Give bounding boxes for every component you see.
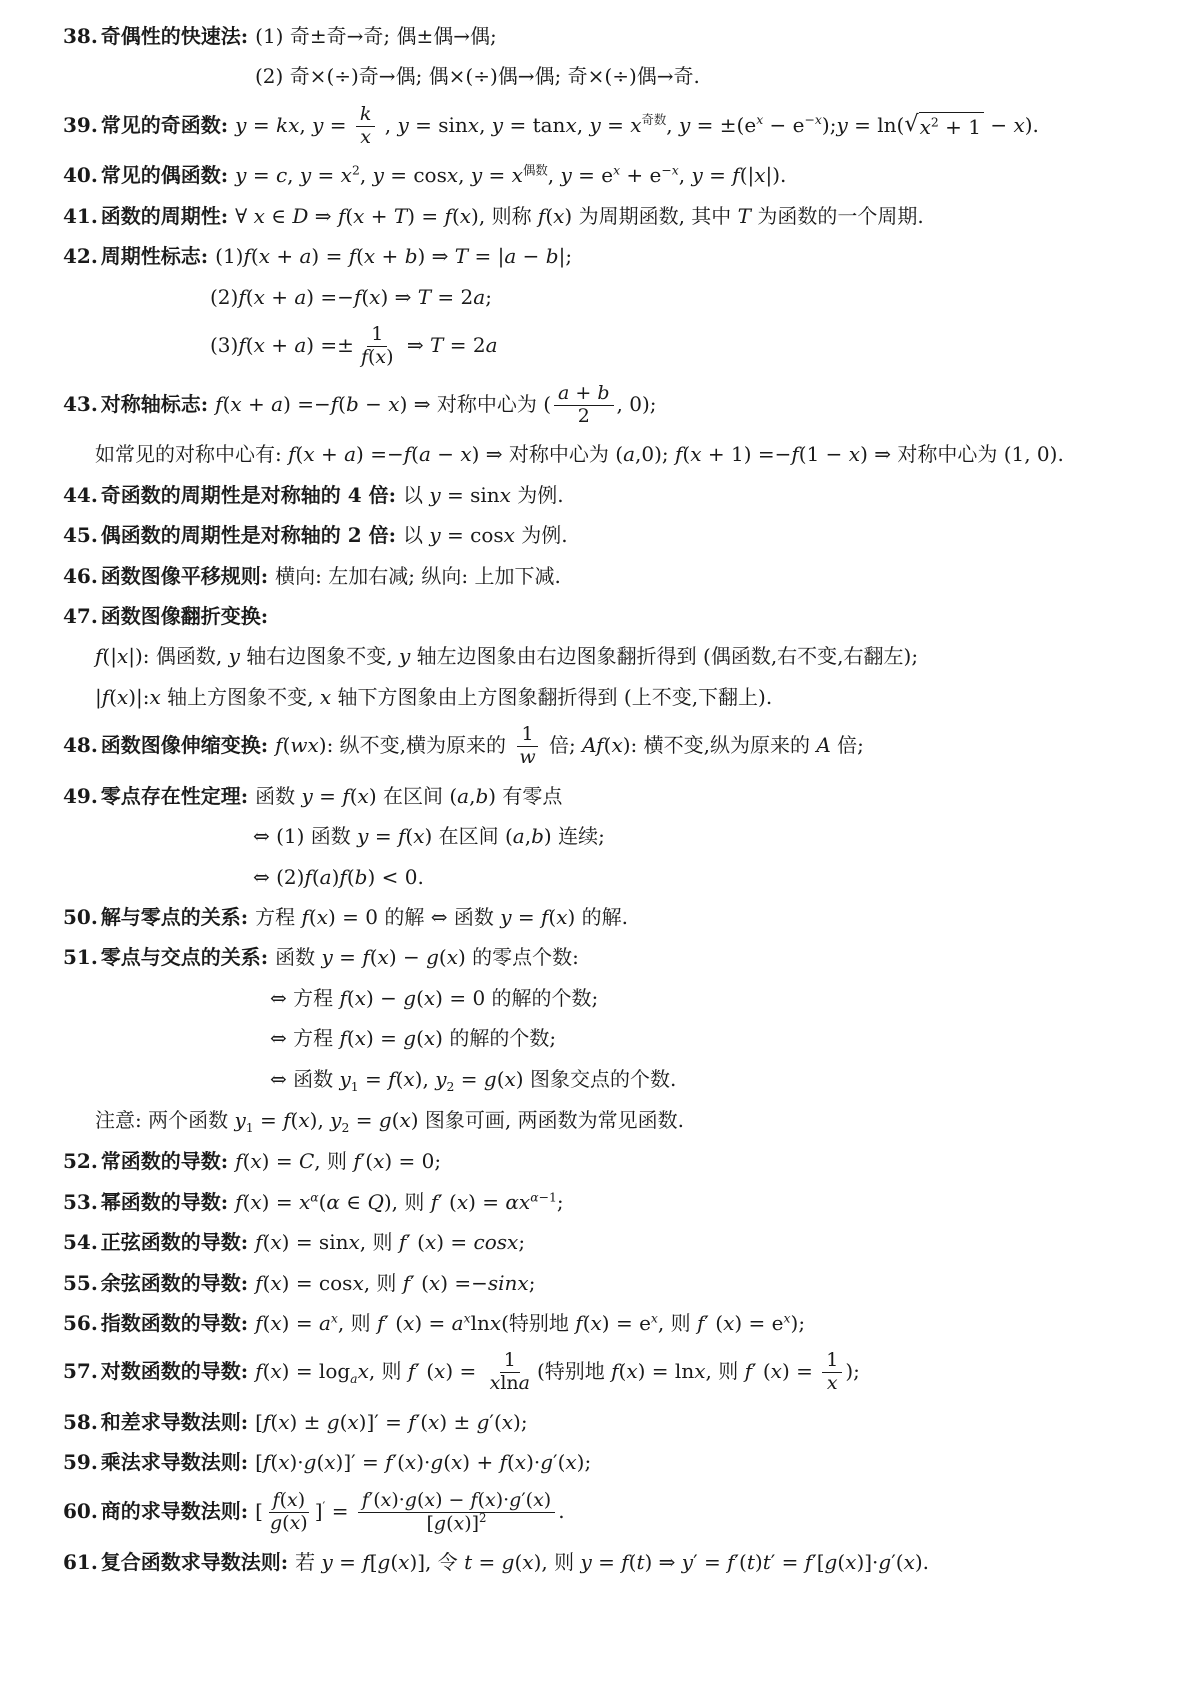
text-run: 常见的偶函数: [101, 163, 235, 187]
superscript: x [331, 1310, 338, 1325]
text-run: f [342, 784, 349, 808]
text-run: x [512, 163, 523, 187]
text-run: ) = sin [282, 1230, 349, 1254]
text-run: ( [347, 865, 355, 889]
item-number: 57. [63, 1359, 98, 1383]
text-run: sinx [488, 1271, 529, 1295]
text-run: x [373, 1149, 384, 1173]
text-run: = [512, 905, 541, 929]
text-run: x [553, 204, 564, 228]
text-run: x [784, 1310, 791, 1325]
text-run: = [333, 1550, 362, 1574]
text-run: f [238, 285, 245, 309]
text-run: , 则 [705, 1359, 744, 1383]
text-run: = cos [384, 163, 447, 187]
text-run: = [325, 1499, 354, 1523]
text-run: x [375, 346, 386, 368]
superscript: 2 [479, 1511, 487, 1525]
text-run: + [265, 285, 294, 309]
formula-item: 47.函数图像翻折变换:f(|x|): 偶函数, y 轴右边图象不变, y 轴左… [63, 598, 1156, 715]
text-run: b [405, 244, 418, 268]
text-run: ′[ [812, 1550, 824, 1574]
text-run: ) = 0 的解 ⇔ 函数 [328, 905, 500, 929]
text-run: kx [276, 113, 299, 137]
text-run: 指数函数的导数: [101, 1311, 255, 1335]
text-run: g [327, 1410, 340, 1434]
fraction-numerator: 1 [517, 724, 537, 747]
text-run: y [560, 163, 571, 187]
formula-item: 43.对称轴标志: f(x + a) =−f(b − x) ⇒ 对称中心为 (a… [63, 378, 1156, 473]
text-run: ), 则 [534, 1550, 581, 1574]
formula-item: 52.常函数的导数: f(x) = C, 则 f′(x) = 0; [63, 1143, 1156, 1179]
text-run: ⇒ [401, 333, 430, 357]
fraction: 1xlna [486, 1350, 534, 1395]
item-number: 46. [63, 564, 98, 588]
text-run: x [460, 204, 471, 228]
text-run: x [369, 285, 380, 309]
text-run: − [805, 112, 815, 127]
text-run: ) − [389, 945, 426, 969]
text-run: y [500, 905, 511, 929]
text-run: = [472, 1550, 501, 1574]
fraction-denominator: 2 [574, 406, 594, 428]
text-run: ( [478, 1489, 485, 1511]
text-run: ( [280, 1489, 287, 1511]
text-run: a [473, 285, 485, 309]
text-run: t [464, 1550, 472, 1574]
superscript: 2 [352, 163, 360, 178]
text-run: y [322, 1550, 333, 1574]
text-run: ⇔ (2) [253, 865, 304, 889]
text-run: ′ ( [410, 1271, 429, 1295]
text-run: x [405, 1450, 416, 1474]
text-run: ); [791, 1311, 806, 1335]
text-run: [ [426, 1512, 433, 1534]
text-run: x [591, 1311, 602, 1335]
text-run: x [348, 1230, 359, 1254]
text-run: = [246, 163, 275, 187]
text-run: x [505, 1067, 516, 1091]
text-run: x [259, 244, 270, 268]
text-run: ′( [553, 1450, 565, 1474]
text-run: g [403, 986, 416, 1010]
text-run: , 则 [658, 1311, 697, 1335]
fraction-denominator: x [356, 127, 375, 149]
text-run: − [661, 163, 671, 178]
text-run: c [276, 163, 287, 187]
fraction: f(x)g(x) [266, 1490, 312, 1535]
formula-item: 59.乘法求导数法则: [f(x)·g(x)]′ = f′(x)·g(x) + … [63, 1444, 1156, 1480]
item-number: 52. [63, 1149, 98, 1173]
text-run: )], 令 [409, 1550, 464, 1574]
text-run: , [577, 113, 590, 137]
text-run: ′ ( [752, 1359, 771, 1383]
fraction-denominator: g(x) [266, 1513, 312, 1535]
text-run: ( [345, 204, 353, 228]
text-run: −1 [539, 1189, 557, 1204]
text-run: 偶函数的周期性是对称轴的 2 倍: [101, 523, 403, 547]
text-run: k [360, 103, 372, 125]
formula-line: 56.指数函数的导数: f(x) = ax, 则 f′ (x) = axlnx(… [63, 1305, 1156, 1341]
text-run: g [304, 1450, 317, 1474]
text-run: x [849, 442, 860, 466]
formula-line: 52.常函数的导数: f(x) = C, 则 f′(x) = 0; [63, 1143, 1156, 1179]
text-run: y [580, 1550, 591, 1574]
text-run: ( [583, 1311, 591, 1335]
text-run: f [732, 163, 739, 187]
text-run: y [229, 644, 240, 668]
text-run: = [246, 113, 275, 137]
text-run: ) 图象交点的个数. [516, 1067, 677, 1091]
text-run: x [424, 1489, 435, 1511]
text-run: f [500, 1450, 507, 1474]
text-run: x [254, 285, 265, 309]
text-run: ) =− [283, 392, 331, 416]
text-run: x [522, 1550, 533, 1574]
formula-line: (3)f(x + a) =±1f(x) ⇒ T = 2a [63, 319, 1156, 374]
text-run: f [727, 1550, 734, 1574]
text-run: 1 [521, 723, 533, 745]
formula-line: 45.偶函数的周期性是对称轴的 2 倍: 以 y = cosx 为例. [63, 517, 1156, 553]
formula-line: 46.函数图像平移规则: 横向: 左加右减; 纵向: 上加下减. [63, 558, 1156, 594]
text-run: x [815, 112, 822, 127]
text-run: y [302, 784, 313, 808]
text-run: a [299, 244, 311, 268]
text-run: ); [577, 1450, 592, 1474]
text-run: a [452, 1311, 464, 1335]
text-run: ) 有零点 [488, 784, 562, 808]
text-run: 正弦函数的导数: [101, 1230, 255, 1254]
fraction-denominator: x [823, 1373, 842, 1395]
text-run: y [399, 644, 410, 668]
text-run: x [502, 1410, 513, 1434]
text-run: Af [582, 733, 604, 757]
item-number: 38. [63, 24, 98, 48]
text-run: , [548, 163, 561, 187]
item-number: 51. [63, 945, 98, 969]
item-number: 53. [63, 1190, 98, 1214]
formula-line: |f(x)|:x 轴上方图象不变, x 轴下方图象由上方图象翻折得到 (上不变,… [63, 679, 1156, 715]
formula-item: 54.正弦函数的导数: f(x) = sinx, 则 f′ (x) = cosx… [63, 1224, 1156, 1260]
text-run: 2 [931, 114, 939, 129]
formula-line: 48.函数图像伸缩变换: f(wx): 纵不变,横为原来的 1w 倍; Af(x… [63, 719, 1156, 774]
text-run: x [298, 1108, 309, 1132]
text-run: )]′ = [336, 1450, 386, 1474]
text-run: x [355, 1026, 366, 1050]
text-run: ) ± [289, 1410, 326, 1434]
formula-item: 55.余弦函数的导数: f(x) = cosx, 则 f′ (x) =−sinx… [63, 1265, 1156, 1301]
text-run: ( [411, 442, 419, 466]
text-run: 倍; [831, 733, 864, 757]
formula-line: 49.零点存在性定理: 函数 y = f(x) 在区间 (a,b) 有零点 [63, 778, 1156, 814]
text-run: x [424, 1026, 435, 1050]
text-run: 若 [295, 1550, 321, 1574]
text-run: a [457, 784, 469, 808]
formula-item: 56.指数函数的导数: f(x) = ax, 则 f′ (x) = axlnx(… [63, 1305, 1156, 1341]
text-run: , 0); [617, 392, 657, 416]
text-run: α [530, 1189, 538, 1204]
text-run: 函数图像伸缩变换: [101, 733, 275, 757]
text-run: ) ⇒ 对称中心为 ( [400, 392, 551, 416]
text-run: (| [102, 644, 117, 668]
text-run: ) 在区间 ( [424, 824, 512, 848]
item-number: 47. [63, 604, 98, 628]
text-run: x [381, 1489, 392, 1511]
fraction-denominator: [g(x)]2 [422, 1513, 490, 1535]
text-run: )· [496, 1489, 509, 1511]
text-run: [ [255, 1450, 263, 1474]
text-run: x [117, 644, 128, 668]
text-run: f [255, 1230, 262, 1254]
text-run: (1) [215, 244, 243, 268]
text-run: )· [526, 1450, 540, 1474]
text-run: a [294, 333, 306, 357]
text-run: f [791, 442, 798, 466]
text-run: ). [915, 1550, 929, 1574]
text-run: = 2 [443, 333, 485, 357]
text-run: |): 偶函数, [128, 644, 228, 668]
text-run: x [341, 163, 352, 187]
item-number: 59. [63, 1450, 98, 1474]
text-run: (2) [210, 285, 238, 309]
item-number: 50. [63, 905, 98, 929]
text-run: + [375, 244, 404, 268]
text-run: ) = [782, 1359, 819, 1383]
text-run: ( [446, 1512, 453, 1534]
text-run: 以 [403, 483, 429, 507]
fraction-denominator: f(x) [357, 347, 398, 369]
text-run: , 则 [314, 1149, 353, 1173]
text-run: f [362, 1489, 369, 1511]
text-run: (3) [210, 333, 238, 357]
item-number: 42. [63, 244, 98, 268]
text-run: ) =− [440, 1271, 488, 1295]
text-run: ′( [521, 1489, 533, 1511]
text-run: x [485, 1489, 496, 1511]
text-run: ; [518, 1230, 525, 1254]
text-run: f [304, 865, 311, 889]
text-run: ) = 0 的解的个数; [435, 986, 598, 1010]
text-run: x [723, 1311, 734, 1335]
text-run: ′ ( [438, 1190, 457, 1214]
formula-line: ⇔ 方程 f(x) − g(x) = 0 的解的个数; [63, 980, 1156, 1016]
text-run: x [460, 442, 471, 466]
item-number: 45. [63, 523, 98, 547]
text-run: x [270, 1230, 281, 1254]
text-run: ); [845, 1359, 860, 1383]
text-run: ) = ln [638, 1359, 695, 1383]
text-run: + 1) =− [702, 442, 792, 466]
text-run: ′ ( [415, 1359, 434, 1383]
text-run: 2 [578, 405, 590, 427]
text-run: ′ = [693, 1550, 727, 1574]
text-run: y [330, 1108, 341, 1132]
text-run: f [339, 1026, 346, 1050]
text-run: f [255, 1271, 262, 1295]
text-run: ( [338, 392, 346, 416]
text-run: 对称轴标志: [101, 392, 215, 416]
text-run: t [763, 1550, 771, 1574]
text-run: αx [505, 1190, 530, 1214]
text-run: x [278, 1410, 289, 1434]
text-run: ) ⇒ 对称中心为 ( [472, 442, 623, 466]
text-run: ) = e [734, 1311, 783, 1335]
text-run: f [288, 442, 295, 466]
text-run: g [379, 1108, 392, 1132]
text-run: x [672, 163, 679, 178]
text-run: x [556, 905, 567, 929]
text-run: b [597, 382, 609, 404]
text-run: , [666, 113, 679, 137]
text-run: ( [347, 986, 355, 1010]
text-run: − [984, 113, 1013, 137]
text-run: f [408, 1410, 415, 1434]
text-run: ) < 0. [367, 865, 423, 889]
text-run: 轴下方图象由上方图象翻折得到 (上不变,下翻上). [331, 685, 772, 709]
text-run: T [418, 285, 431, 309]
text-run: x [504, 523, 515, 547]
text-run: ⇔ 方程 [270, 1026, 339, 1050]
text-run: y [234, 1108, 245, 1132]
superscript: 偶数 [523, 163, 548, 178]
formula-sheet: 38.奇偶性的快速法: (1) 奇±奇→奇; 偶±偶→偶;(2) 奇×(÷)奇→… [63, 18, 1156, 1580]
text-run: ) = log [282, 1359, 351, 1383]
formula-line: 39.常见的奇函数: y = kx, y = kx , y = sinx, y … [63, 99, 1156, 154]
formula-item: 51.零点与交点的关系: 函数 y = f(x) − g(x) 的零点个数:⇔ … [63, 939, 1156, 1139]
text-run: 解与零点的关系: [101, 905, 255, 929]
text-run: ) = [366, 1026, 403, 1050]
text-run: f [339, 865, 346, 889]
text-run: x [150, 685, 161, 709]
formula-line: 53.幂函数的导数: f(x) = xα(α ∈ Q), 则 f′ (x) = … [63, 1184, 1156, 1220]
text-run: y [836, 113, 847, 137]
text-run: ′( [361, 1149, 373, 1173]
text-run: g [430, 1450, 443, 1474]
text-run: t [747, 1550, 755, 1574]
text-run: ) =− [306, 285, 354, 309]
text-run: x [399, 1108, 410, 1132]
text-run: )|: [128, 685, 149, 709]
fraction-denominator: xlna [486, 1373, 534, 1395]
text-run: T [738, 204, 751, 228]
text-run: ) = [311, 244, 348, 268]
text-run: = cos [441, 523, 504, 547]
text-run: = [368, 824, 397, 848]
text-run: ( [452, 204, 460, 228]
fraction: 1f(x) [357, 324, 398, 369]
text-run: a [513, 824, 525, 848]
subscript: 1 [351, 1079, 359, 1094]
formula-line: 55.余弦函数的导数: f(x) = cosx, 则 f′ (x) =−sinx… [63, 1265, 1156, 1301]
text-run: x [490, 1372, 501, 1394]
text-run: 乘法求导数法则: [101, 1450, 255, 1474]
text-run: f [255, 1311, 262, 1335]
text-run: = ±(e [690, 113, 756, 137]
text-run: x [317, 905, 328, 929]
text-run: ) [300, 1512, 307, 1534]
text-run: ( [109, 685, 117, 709]
text-run: x [378, 945, 389, 969]
item-number: 49. [63, 784, 98, 808]
text-run: x [1013, 113, 1024, 137]
text-run: x [626, 1359, 637, 1383]
text-run: ∈ [265, 204, 293, 228]
text-run: = [323, 113, 352, 137]
text-run: + e [620, 163, 661, 187]
text-run: )· [416, 1450, 430, 1474]
text-run: x [290, 1512, 301, 1534]
text-run: x [303, 442, 314, 466]
text-run: ), [310, 1108, 331, 1132]
text-run: y [429, 523, 440, 547]
text-run: + [364, 204, 393, 228]
text-run: ( [837, 1550, 845, 1574]
text-run: a [320, 865, 332, 889]
text-run: y [679, 113, 690, 137]
text-run: x [920, 115, 931, 139]
text-run: x [270, 1311, 281, 1335]
text-run: D [292, 204, 308, 228]
text-run: ( [443, 1450, 451, 1474]
text-run: x [230, 392, 241, 416]
text-run: 余弦函数的导数: [101, 1271, 255, 1295]
text-run: , [458, 163, 471, 187]
text-run: (1) 奇±奇→奇; 偶±偶→偶; [255, 24, 497, 48]
text-run: , [299, 113, 312, 137]
formula-line: 57.对数函数的导数: f(x) = logax, 则 f′ (x) = 1xl… [63, 1345, 1156, 1400]
text-run: ′( [393, 1450, 405, 1474]
text-run: 常见的奇函数: [101, 113, 235, 137]
item-number: 58. [63, 1410, 98, 1434]
fraction-numerator: f′(x)·g(x) − f(x)·g′(x) [358, 1490, 555, 1513]
text-run: α [326, 1190, 340, 1214]
fraction-numerator: 1 [367, 324, 387, 347]
text-run: (| [740, 163, 755, 187]
formula-line: ⇔ 函数 y1 = f(x), y2 = g(x) 图象交点的个数. [63, 1061, 1156, 1098]
superscript: α−1 [530, 1189, 557, 1204]
text-run: g [484, 1067, 497, 1091]
text-run: 和差求导数法则: [101, 1410, 255, 1434]
text-run: ) − [366, 986, 403, 1010]
formula-line: 51.零点与交点的关系: 函数 y = f(x) − g(x) 的零点个数: [63, 939, 1156, 975]
text-run: x [424, 986, 435, 1010]
text-run: = | [468, 244, 504, 268]
formula-item: 57.对数函数的导数: f(x) = logax, 则 f′ (x) = 1xl… [63, 1345, 1156, 1400]
text-run: wx [290, 733, 318, 757]
text-run: f [244, 244, 251, 268]
superscript: x [464, 1310, 471, 1325]
text-run: f [388, 1067, 395, 1091]
formula-line: 54.正弦函数的导数: f(x) = sinx, 则 f′ (x) = cosx… [63, 1224, 1156, 1260]
formula-line: 41.函数的周期性: ∀ x ∈ D ⇒ f(x + T) = f(x), 则称… [63, 198, 1156, 234]
text-run: 方程 [255, 905, 301, 929]
item-number: 39. [63, 113, 98, 137]
item-number: 54. [63, 1230, 98, 1254]
text-run: g [540, 1450, 553, 1474]
text-run: f [339, 986, 346, 1010]
text-run: ) 的解. [568, 905, 629, 929]
text-run: x [434, 1359, 445, 1383]
text-run: g [878, 1550, 891, 1574]
text-run: a [623, 442, 635, 466]
text-run: g [509, 1489, 521, 1511]
fraction: kx [356, 104, 376, 149]
text-run: g [825, 1550, 838, 1574]
text-run: w [519, 746, 535, 768]
text-run: x [827, 1372, 838, 1394]
text-run: ( [356, 244, 364, 268]
text-run: + [265, 333, 294, 357]
